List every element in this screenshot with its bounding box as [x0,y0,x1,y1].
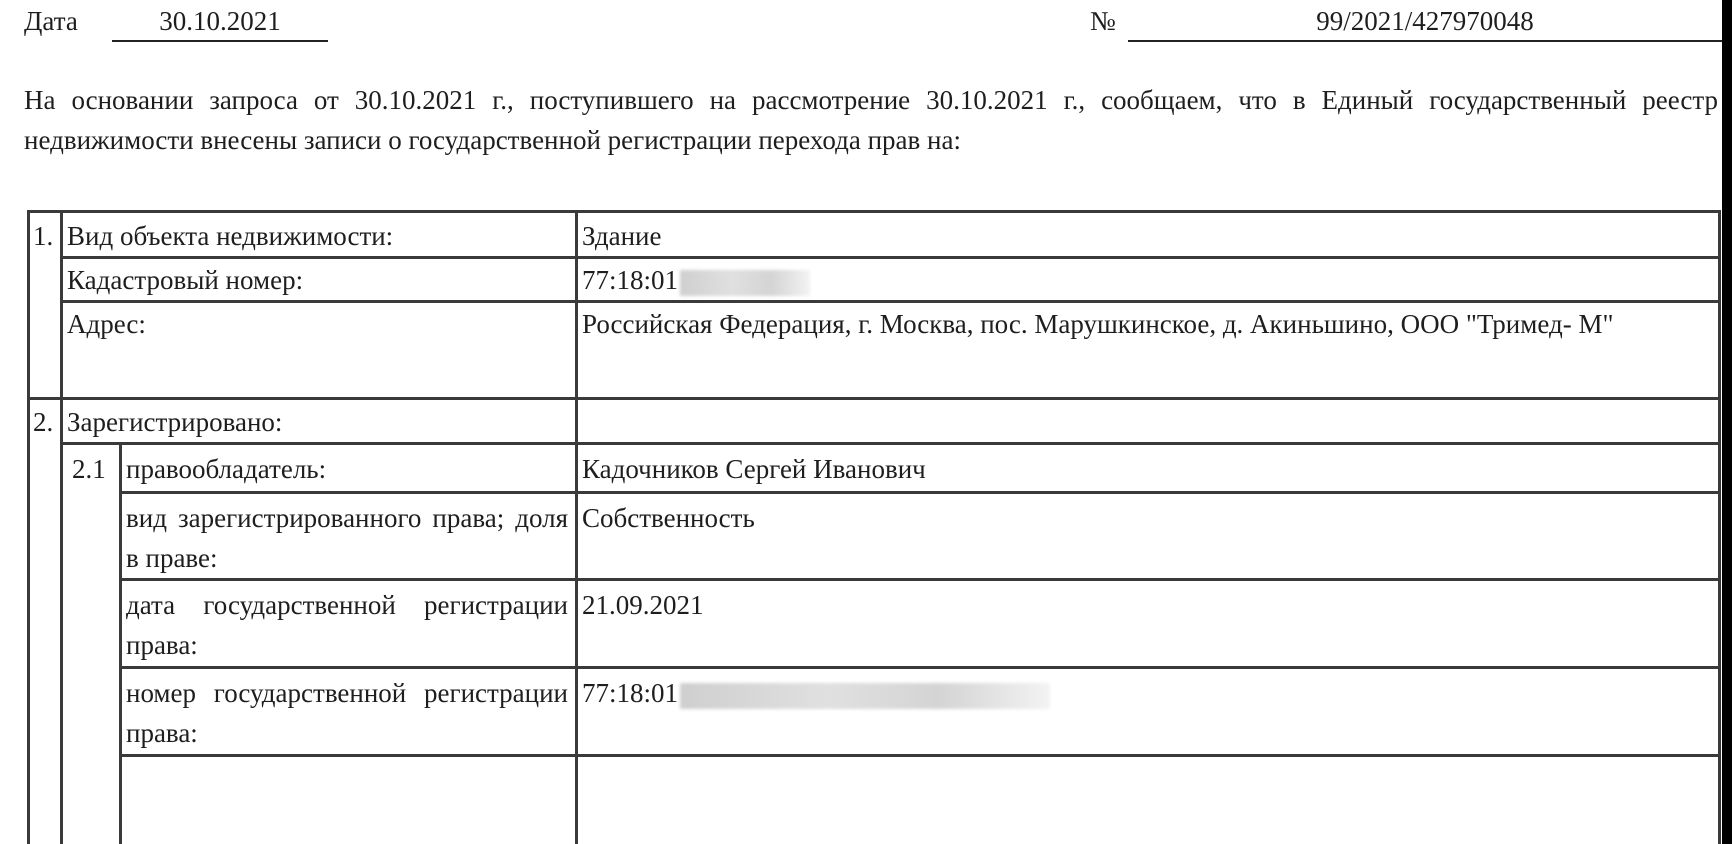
row-divider [119,491,1721,494]
subnumber-column-divider [119,442,122,844]
value-column-divider [575,210,578,844]
redacted-area [680,683,1050,709]
section-2-number: 2. [33,402,53,442]
cadastral-number-value: 77:18:01 [582,260,1712,300]
row-divider [60,256,1721,259]
subsection-2-1-number: 2.1 [72,449,106,489]
address-value: Российская Федерация, г. Москва, пос. Ма… [582,304,1708,344]
object-type-value: Здание [582,216,1712,256]
right-holder-label: правообладатель: [126,449,568,489]
row-divider [119,666,1721,669]
object-type-label: Вид объекта недвижимости: [67,216,567,256]
registered-label: Зарегистрировано: [67,402,567,442]
registration-date-value: 21.09.2021 [582,585,1712,625]
registration-number-label: номер государственной регистрации права: [126,673,568,753]
table-left-border [27,210,30,844]
row-divider [60,300,1721,303]
section-divider [27,397,1721,400]
cadastral-number-prefix: 77:18:01 [582,265,678,295]
registration-date-label: дата государственной регистрации права: [126,585,568,665]
right-holder-value: Кадочников Сергей Иванович [582,449,1712,489]
date-value: 30.10.2021 [112,6,328,42]
right-type-value: Собственность [582,498,1712,538]
table-top-border [27,210,1721,213]
document-number: 99/2021/427970048 [1128,6,1722,42]
registration-number-prefix: 77:18:01 [582,678,678,708]
row-divider [60,442,1721,445]
date-label: Дата [24,6,78,36]
cadastral-number-label: Кадастровый номер: [67,260,567,300]
document-page: Дата 30.10.2021 № 99/2021/427970048 На о… [0,0,1722,844]
number-label: № [1090,6,1116,36]
address-label: Адрес: [67,304,567,344]
registration-number-value: 77:18:01 [582,673,1712,713]
right-type-label: вид зарегистрированного права; доля в пр… [126,498,568,578]
table-right-border [1718,210,1721,844]
row-divider [119,578,1721,581]
section-1-number: 1. [33,216,53,256]
intro-paragraph: На основании запроса от 30.10.2021 г., п… [24,80,1718,160]
redacted-area [680,270,810,296]
screen-edge-bar [1722,0,1732,844]
number-column-divider [60,210,63,844]
row-divider [119,754,1721,757]
